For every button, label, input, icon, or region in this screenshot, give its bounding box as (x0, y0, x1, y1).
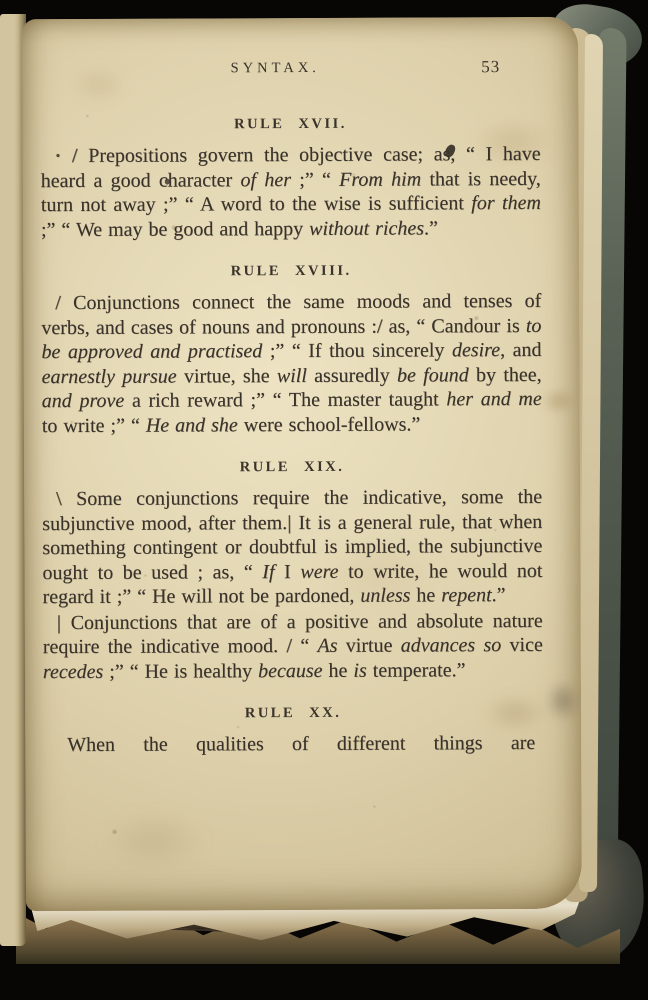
text-segment: assuredly (307, 364, 397, 386)
text-segment: unless (360, 585, 410, 607)
book-photo: SYNTAX. 53 RULE XVII.· / Prepositions go… (0, 0, 648, 1000)
text-segment: , and (500, 339, 542, 361)
pen-mark: \ (56, 488, 76, 510)
section: RULE XIX.\ Some conjunctions require the… (42, 458, 543, 684)
sections: RULE XVII.· / Prepositions govern the ob… (40, 115, 543, 758)
text-segment: were school-fellows.” (238, 413, 421, 436)
text-segment: to write ;” “ (42, 414, 146, 436)
text-segment: repent (441, 584, 491, 606)
text-segment: without riches (309, 217, 424, 240)
paragraph: / Conjunctions connect the same moods an… (41, 289, 542, 438)
rule-heading: RULE XVII. (40, 115, 540, 134)
text-segment: recedes (43, 660, 103, 682)
text-segment: of her (240, 169, 291, 191)
section: RULE XVIII./ Conjunctions connect the sa… (41, 262, 542, 438)
paragraph: | Conjunctions that are of a positive an… (43, 608, 543, 684)
rule-heading: RULE XIX. (42, 458, 542, 477)
text-segment: virtue (337, 635, 400, 657)
text-segment: advances so (401, 634, 502, 656)
section: RULE XX.When the qualities of different … (43, 704, 543, 758)
text-segment: and prove (42, 390, 125, 412)
text-segment: vice (501, 634, 543, 656)
stain (539, 672, 582, 730)
paragraph: When the qualities of different things a… (43, 731, 543, 758)
text-segment: were (300, 560, 338, 582)
text-segment: “ (292, 635, 318, 657)
stain (79, 798, 229, 883)
pen-mark: / (278, 635, 292, 657)
pen-mark: | (57, 612, 71, 634)
text-segment: is (353, 659, 366, 681)
text-segment: virtue, she (177, 365, 277, 387)
paragraph: · / Prepositions govern the objective ca… (41, 142, 541, 242)
text-segment: When the qualities of different things a… (67, 732, 535, 756)
text-segment: will (277, 364, 307, 386)
text-segment: I (274, 561, 300, 583)
text-segment: by thee, (469, 363, 542, 385)
rule-heading: RULE XX. (43, 704, 543, 723)
text-segment: If (262, 561, 274, 583)
text-segment: her and me (446, 388, 541, 410)
running-header: SYNTAX. 53 (40, 57, 540, 81)
text-segment: As (317, 635, 337, 657)
text-segment: earnestly pursue (42, 365, 177, 388)
pen-mark: / (377, 315, 383, 337)
book-page: SYNTAX. 53 RULE XVII.· / Prepositions go… (22, 17, 582, 911)
text-segment: .” (424, 217, 438, 239)
paragraph: \ Some conjunctions require the indicati… (42, 485, 543, 610)
printed-text-block: SYNTAX. 53 RULE XVII.· / Prepositions go… (40, 57, 543, 758)
section: RULE XVII.· / Prepositions govern the ob… (40, 115, 541, 242)
text-segment: temperate.” (367, 659, 466, 681)
page-number: 53 (481, 57, 500, 77)
foxing-speckles (22, 19, 24, 21)
text-segment: ;” “ (291, 168, 339, 190)
pen-mark: · / (55, 145, 89, 167)
pen-mark: | (287, 512, 292, 534)
text-segment: because (258, 659, 323, 681)
text-segment: he (322, 659, 353, 681)
running-header-title: SYNTAX. (231, 60, 320, 77)
text-segment: he (410, 584, 441, 606)
text-segment: ;” “ He is healthy (103, 660, 258, 683)
text-segment: ;” “ We may be good and happy (41, 217, 309, 240)
text-segment: ;” “ If thou sincerely (262, 339, 452, 362)
text-segment: He and she (146, 414, 238, 436)
text-segment: as, “ Candour is (382, 315, 525, 338)
text-segment: a rich reward ;” “ The master taught (124, 388, 446, 411)
rule-heading: RULE XVIII. (41, 262, 541, 281)
text-segment: desire (452, 339, 500, 361)
text-segment: From him (339, 168, 421, 190)
pen-mark: / (55, 292, 73, 314)
text-segment: .” (492, 584, 506, 606)
text-segment: be found (397, 364, 469, 386)
text-segment: for them (471, 192, 541, 214)
